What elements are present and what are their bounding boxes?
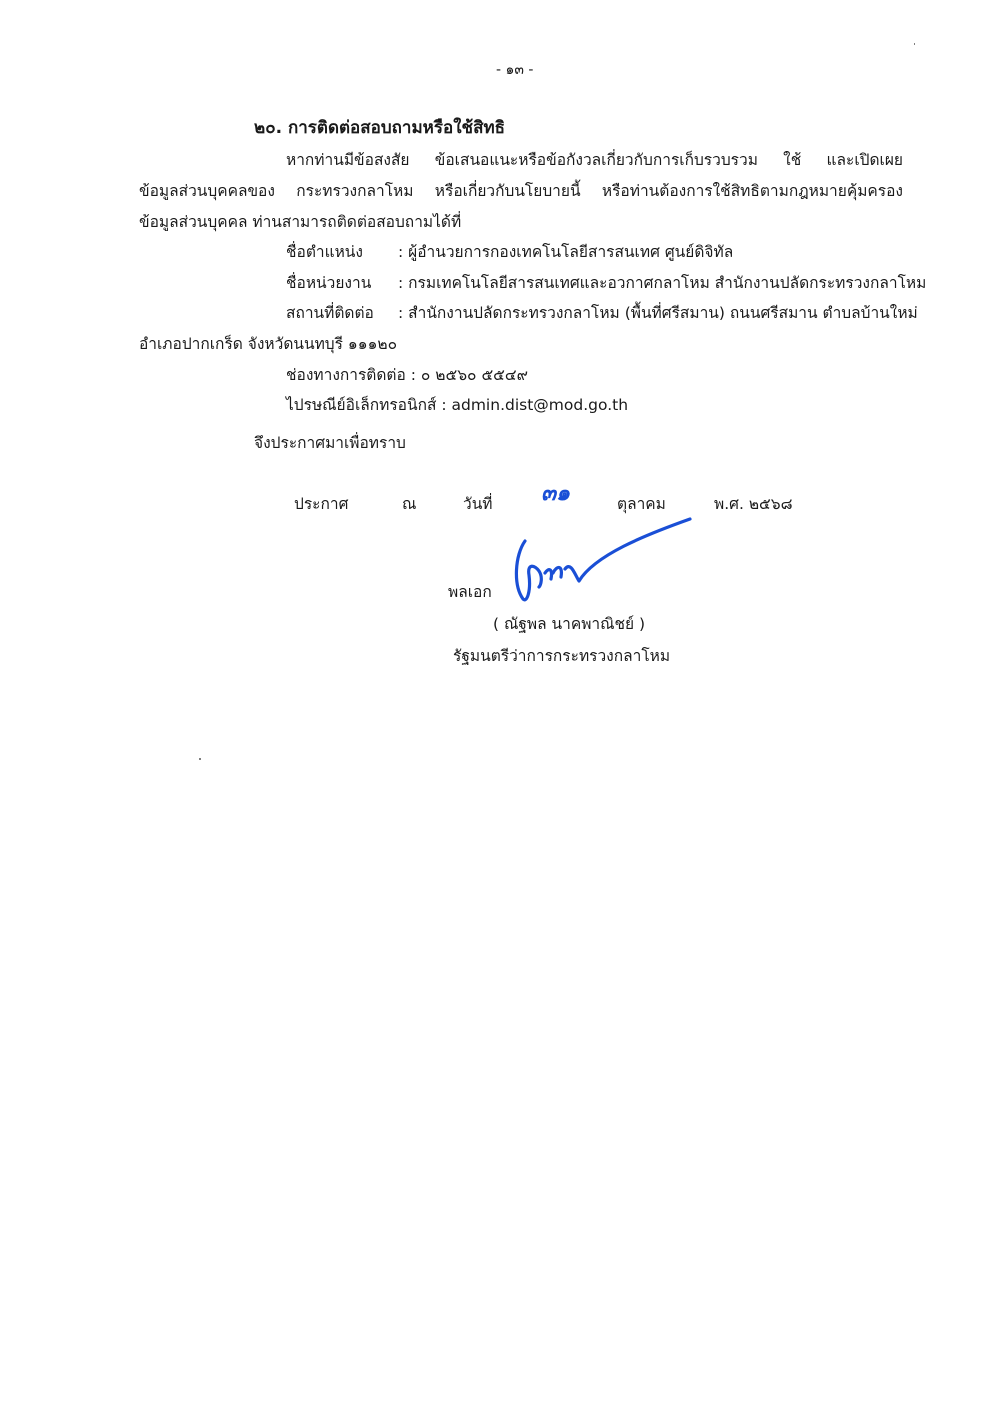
unit-value: : กรมเทคโนโลยีสารสนเทศและอวกาศกลาโหม สำน… (398, 273, 926, 293)
signature-icon (505, 515, 700, 605)
announce-day-label: วันที่ (463, 494, 493, 514)
paragraph-line-1: หากท่านมีข้อสงสัย ข้อเสนอแนะหรือข้อกังวล… (286, 150, 903, 170)
page-number: - ๑๓ - (496, 60, 533, 80)
paragraph-line-3: ข้อมูลส่วนบุคคล ท่านสามารถติดต่อสอบถามได… (139, 212, 903, 232)
announce-at: ณ (402, 494, 416, 514)
unit-label: ชื่อหน่วยงาน (286, 273, 371, 293)
phone-contact: ช่องทางการติดต่อ : ๐ ๒๕๖๐ ๕๕๔๙ (286, 365, 528, 385)
closing-text: จึงประกาศมาเพื่อทราบ (254, 433, 406, 453)
address-value: : สำนักงานปลัดกระทรวงกลาโหม (พื้นที่ศรีส… (398, 303, 903, 323)
handwritten-day: ๓๑ (541, 484, 570, 504)
section-heading: ๒๐. การติดต่อสอบถามหรือใช้สิทธิ (254, 118, 505, 138)
position-value: : ผู้อำนวยการกองเทคโนโลยีสารสนเทศ ศูนย์ด… (398, 242, 733, 262)
address-label: สถานที่ติดต่อ (286, 303, 374, 323)
email-line: ไปรษณีย์อิเล็กทรอนิกส์ : admin.dist@mod.… (286, 395, 628, 415)
paragraph-line-2: ข้อมูลส่วนบุคคลของ กระทรวงกลาโหม หรือเกี… (139, 181, 903, 201)
position-label: ชื่อตำแหน่ง (286, 242, 363, 262)
address-continued: อำเภอปากเกร็ด จังหวัดนนทบุรี ๑๑๑๒๐ (139, 334, 903, 354)
email-label: ไปรษณีย์อิเล็กทรอนิกส์ : (286, 396, 452, 414)
announce-month: ตุลาคม (617, 494, 666, 514)
stray-mark (914, 43, 915, 45)
announce-prefix: ประกาศ (294, 494, 348, 514)
announce-year: พ.ศ. ๒๕๖๘ (714, 494, 793, 514)
signatory-rank: พลเอก (448, 582, 492, 602)
signatory-name: ( ณัฐพล นาคพาณิชย์ ) (493, 614, 645, 634)
stray-mark (199, 758, 201, 760)
email-link[interactable]: admin.dist@mod.go.th (452, 396, 629, 414)
signatory-title: รัฐมนตรีว่าการกระทรวงกลาโหม (453, 646, 670, 666)
